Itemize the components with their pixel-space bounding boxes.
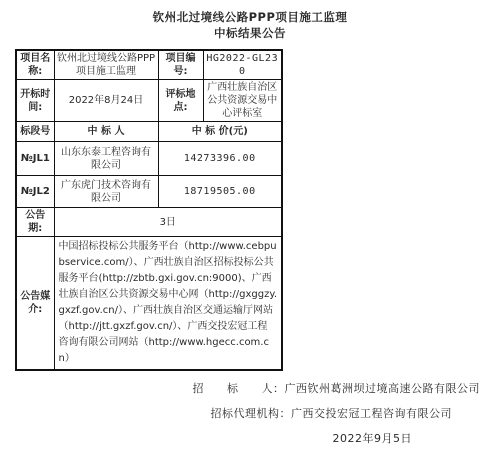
winner-jl1: 山东东泰工程咨询有限公司	[54, 142, 158, 176]
project-no-value: HG2022-GL230	[203, 50, 282, 80]
price-jl2: 18719505.00	[158, 176, 282, 208]
media-label: 公告媒介:	[16, 237, 54, 371]
open-time-label: 开标时间:	[16, 80, 54, 122]
section-col-header: 标段号	[16, 122, 54, 142]
document-title: 钦州北过境线公路PPP项目施工监理 中标结果公告	[0, 9, 500, 41]
title-line-result: 中标结果公告	[0, 25, 500, 41]
open-time-value: 2022年8月24日	[54, 80, 158, 122]
tenderer-value: 广西钦州葛洲坝过境高速公路有限公司	[285, 382, 481, 395]
eval-place-label: 评标地点:	[158, 80, 203, 122]
table-row-jl2: №JL2 广东虎门技术咨询有限公司 18719505.00	[16, 176, 282, 208]
row-notice-period: 公告期: 3日	[16, 208, 282, 237]
row-media: 公告媒介: 中国招标投标公共服务平台（http://www.cebpubserv…	[16, 237, 282, 371]
notice-period-label: 公告期:	[16, 208, 54, 237]
price-jl1: 14273396.00	[158, 142, 282, 176]
section-jl1: №JL1	[16, 142, 54, 176]
price-col-header: 中 标 价(元)	[158, 122, 282, 142]
row-project: 项目名称: 钦州北过境线公路PPP项目施工监理 项目编号: HG2022-GL2…	[16, 50, 282, 80]
row-open-time: 开标时间: 2022年8月24日 评标地点: 广西壮族自治区公共资源交易中心评标…	[16, 80, 282, 122]
winner-jl2: 广东虎门技术咨询有限公司	[54, 176, 158, 208]
table-row-jl1: №JL1 山东东泰工程咨询有限公司 14273396.00	[16, 142, 282, 176]
tenderer-label: 招 标 人：	[193, 382, 285, 395]
project-name-value: 钦州北过境线公路PPP项目施工监理	[54, 50, 158, 80]
title-line-project: 钦州北过境线公路PPP项目施工监理	[0, 9, 500, 25]
bid-result-table: 项目名称: 钦州北过境线公路PPP项目施工监理 项目编号: HG2022-GL2…	[15, 49, 283, 371]
tenderer-line: 招 标 人：广西钦州葛洲坝过境高速公路有限公司	[193, 380, 481, 396]
winner-col-header: 中 标 人	[54, 122, 158, 142]
agency-label: 招标代理机构：	[211, 407, 292, 420]
project-name-label: 项目名称:	[16, 50, 54, 80]
section-jl2: №JL2	[16, 176, 54, 208]
eval-place-value: 广西壮族自治区公共资源交易中心评标室	[203, 80, 282, 122]
announcement-date: 2022年9月5日	[333, 430, 413, 446]
media-text: 中国招标投标公共服务平台（http://www.cebpubservice.co…	[54, 237, 282, 371]
project-no-label: 项目编号:	[158, 50, 203, 80]
notice-period-value: 3日	[54, 208, 282, 237]
agency-line: 招标代理机构：广西交投宏冠工程咨询有限公司	[211, 405, 453, 421]
agency-value: 广西交投宏冠工程咨询有限公司	[291, 407, 452, 420]
row-column-headers: 标段号 中 标 人 中 标 价(元)	[16, 122, 282, 142]
